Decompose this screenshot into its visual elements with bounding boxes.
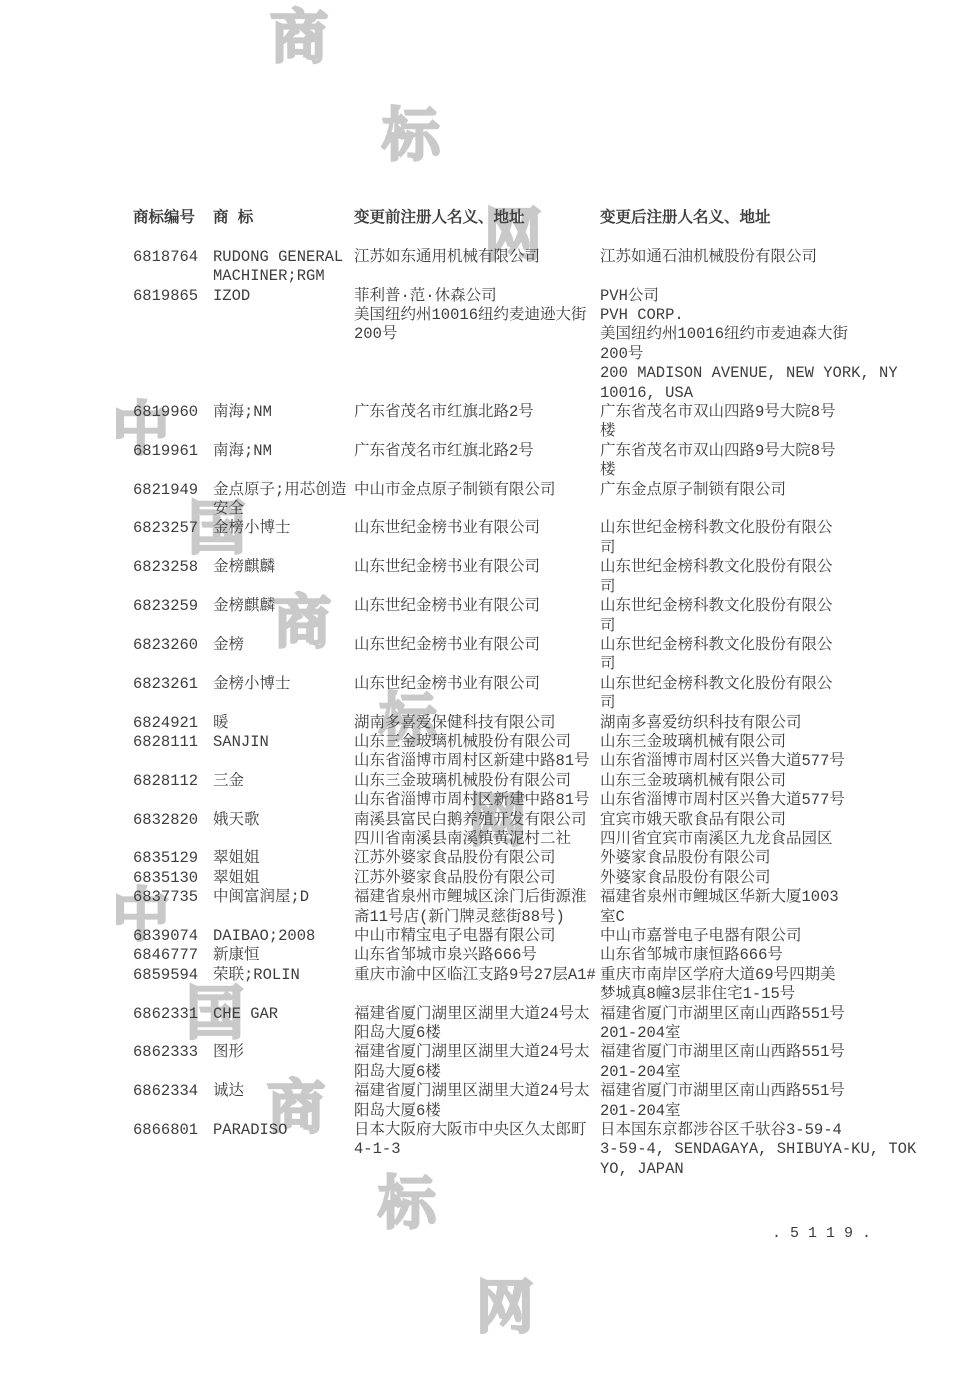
text-line: 广东省茂名市红旗北路2号 — [354, 403, 600, 422]
text-line: DAIBAO;2008 — [213, 927, 354, 946]
text-line: 司 — [600, 694, 933, 713]
trademark-number-cell: 6846777 — [133, 946, 213, 965]
text-line: 重庆市渝中区临江支路9号27层A1# — [354, 966, 600, 985]
trademark-number-cell: 6828112 — [133, 772, 213, 811]
registrant-before-cell: 山东世纪金榜书业有限公司 — [354, 519, 600, 558]
text-line: 山东省淄博市周村区兴鲁大道577号 — [600, 752, 933, 771]
text-line: 201-204室 — [600, 1102, 933, 1121]
text-line: 娥天歌 — [213, 811, 354, 830]
text-line: 金榜麒麟 — [213, 597, 354, 616]
text-line: 山东省淄博市周村区新建中路81号 — [354, 791, 600, 810]
text-line: 4-1-3 — [354, 1140, 600, 1159]
text-line: 6862333 — [133, 1043, 213, 1062]
registrant-after-cell: 山东三金玻璃机械有限公司山东省淄博市周村区兴鲁大道577号 — [600, 772, 933, 811]
text-line: 中山市嘉誉电子电器有限公司 — [600, 927, 933, 946]
trademark-name-cell: IZOD — [213, 287, 354, 403]
trademark-number-cell: 6821949 — [133, 481, 213, 520]
text-line: 福建省厦门市湖里区南山西路551号 — [600, 1082, 933, 1101]
text-line: 10016, USA — [600, 384, 933, 403]
text-line: 菲利普·范·休森公司 — [354, 287, 600, 306]
text-line: 山东省邹城市泉兴路666号 — [354, 946, 600, 965]
text-line: 中闽富润屋;D — [213, 888, 354, 907]
text-line: 山东世纪金榜科教文化股份有限公 — [600, 558, 933, 577]
table-row: 6824921暖湖南多喜爱保健科技有限公司湖南多喜爱纺织科技有限公司 — [133, 714, 933, 733]
text-line: 6823261 — [133, 675, 213, 694]
registrant-after-cell: 山东世纪金榜科教文化股份有限公司 — [600, 636, 933, 675]
table-row: 6819865IZOD菲利普·范·休森公司美国纽约州10016纽约麦迪逊大街20… — [133, 287, 933, 403]
text-line: 四川省宜宾市南溪区九龙食品园区 — [600, 830, 933, 849]
text-line: 山东世纪金榜书业有限公司 — [354, 675, 600, 694]
table-row: 6862333图形福建省厦门湖里区湖里大道24号太阳岛大厦6楼福建省厦门市湖里区… — [133, 1043, 933, 1082]
trademark-name-cell: 金点原子;用芯创造安全 — [213, 481, 354, 520]
trademark-name-cell: 金榜麒麟 — [213, 597, 354, 636]
text-line: 中山市精宝电子电器有限公司 — [354, 927, 600, 946]
trademark-number-cell: 6862333 — [133, 1043, 213, 1082]
registrant-before-cell: 广东省茂名市红旗北路2号 — [354, 403, 600, 442]
registrant-after-cell: 重庆市南岸区学府大道69号四期美梦城真8幢3层非住宅1-15号 — [600, 966, 933, 1005]
text-line: 200号 — [354, 325, 600, 344]
trademark-name-cell: CHE GAR — [213, 1005, 354, 1044]
trademark-name-cell: 翠姐姐 — [213, 869, 354, 888]
table-row: 6828111SANJIN山东三金玻璃机械股份有限公司山东省淄博市周村区新建中路… — [133, 733, 933, 772]
trademark-number-cell: 6818764 — [133, 248, 213, 287]
text-line: CHE GAR — [213, 1005, 354, 1024]
trademark-number-cell: 6839074 — [133, 927, 213, 946]
table-row: 6835129翠姐姐江苏外婆家食品股份有限公司外婆家食品股份有限公司 — [133, 849, 933, 868]
text-line: 山东省淄博市周村区兴鲁大道577号 — [600, 791, 933, 810]
text-line: 南溪县富民白鹅养殖开发有限公司 — [354, 811, 600, 830]
table-row: 6823260金榜山东世纪金榜书业有限公司山东世纪金榜科教文化股份有限公司 — [133, 636, 933, 675]
trademark-name-cell: RUDONG GENERALMACHINER;RGM — [213, 248, 354, 287]
trademark-number-cell: 6819960 — [133, 403, 213, 442]
text-line: 6821949 — [133, 481, 213, 500]
text-line: 山东世纪金榜书业有限公司 — [354, 597, 600, 616]
trademark-number-cell: 6823257 — [133, 519, 213, 558]
trademark-number-cell: 6819961 — [133, 442, 213, 481]
text-line: 翠姐姐 — [213, 849, 354, 868]
table-row: 6835130翠姐姐江苏外婆家食品股份有限公司外婆家食品股份有限公司 — [133, 869, 933, 888]
registrant-before-cell: 山东世纪金榜书业有限公司 — [354, 558, 600, 597]
text-line: 室C — [600, 908, 933, 927]
text-line: 司 — [600, 578, 933, 597]
trademark-number-cell: 6819865 — [133, 287, 213, 403]
registrant-after-cell: 广东省茂名市双山四路9号大院8号楼 — [600, 442, 933, 481]
table-row: 6859594荣联;ROLIN重庆市渝中区临江支路9号27层A1#重庆市南岸区学… — [133, 966, 933, 1005]
text-line: 福建省泉州市鲤城区华新大厦1003 — [600, 888, 933, 907]
text-line: 6862334 — [133, 1082, 213, 1101]
registrant-before-cell: 江苏如东通用机械有限公司 — [354, 248, 600, 287]
registrant-before-cell: 广东省茂名市红旗北路2号 — [354, 442, 600, 481]
registrant-after-cell: 山东三金玻璃机械有限公司山东省淄博市周村区兴鲁大道577号 — [600, 733, 933, 772]
text-line: 安全 — [213, 500, 354, 519]
registrant-after-cell: 广东省茂名市双山四路9号大院8号楼 — [600, 403, 933, 442]
text-line: 阳岛大厦6楼 — [354, 1063, 600, 1082]
text-line: 司 — [600, 539, 933, 558]
text-line: 三金 — [213, 772, 354, 791]
watermark-glyph: 商 — [270, 8, 328, 66]
text-line: 诚达 — [213, 1082, 354, 1101]
text-line: 江苏外婆家食品股份有限公司 — [354, 869, 600, 888]
table-row: 6837735中闽富润屋;D福建省泉州市鲤城区涂门后街源淮斋11号店(新门牌灵慈… — [133, 888, 933, 927]
text-line: 阳岛大厦6楼 — [354, 1024, 600, 1043]
registrant-after-cell: 山东世纪金榜科教文化股份有限公司 — [600, 675, 933, 714]
text-line: PVH公司 — [600, 287, 933, 306]
trademark-number-cell: 6824921 — [133, 714, 213, 733]
text-line: 广东金点原子制锁有限公司 — [600, 481, 933, 500]
trademark-name-cell: 金榜 — [213, 636, 354, 675]
table-row: 6862331CHE GAR福建省厦门湖里区湖里大道24号太阳岛大厦6楼福建省厦… — [133, 1005, 933, 1044]
text-line: 201-204室 — [600, 1063, 933, 1082]
text-line: 山东世纪金榜科教文化股份有限公 — [600, 519, 933, 538]
text-line: 金榜 — [213, 636, 354, 655]
text-line: 6866801 — [133, 1121, 213, 1140]
header-registrant-after: 变更后注册人名义、地址 — [600, 209, 933, 228]
text-line: 6835130 — [133, 869, 213, 888]
text-line: 200号 — [600, 345, 933, 364]
text-line: IZOD — [213, 287, 354, 306]
text-line: 广东省茂名市红旗北路2号 — [354, 442, 600, 461]
trademark-number-cell: 6862331 — [133, 1005, 213, 1044]
trademark-name-cell: 金榜小博士 — [213, 519, 354, 558]
text-line: YO, JAPAN — [600, 1160, 933, 1179]
text-line: 金榜小博士 — [213, 675, 354, 694]
table-row: 6821949金点原子;用芯创造安全中山市金点原子制锁有限公司广东金点原子制锁有… — [133, 481, 933, 520]
text-line: 外婆家食品股份有限公司 — [600, 849, 933, 868]
text-line: 6823260 — [133, 636, 213, 655]
text-line: 楼 — [600, 461, 933, 480]
registrant-after-cell: 宜宾市娥天歌食品有限公司四川省宜宾市南溪区九龙食品园区 — [600, 811, 933, 850]
registrant-after-cell: PVH公司PVH CORP.美国纽约州10016纽约市麦迪森大街200号200 … — [600, 287, 933, 403]
trademark-name-cell: 新康恒 — [213, 946, 354, 965]
header-trademark-name: 商 标 — [213, 209, 354, 228]
text-line: 6837735 — [133, 888, 213, 907]
text-line: 湖南多喜爱纺织科技有限公司 — [600, 714, 933, 733]
table-row: 6818764RUDONG GENERALMACHINER;RGM江苏如东通用机… — [133, 248, 933, 287]
registrant-before-cell: 福建省厦门湖里区湖里大道24号太阳岛大厦6楼 — [354, 1005, 600, 1044]
registrant-before-cell: 山东世纪金榜书业有限公司 — [354, 636, 600, 675]
text-line: 日本大阪府大阪市中央区久太郎町 — [354, 1121, 600, 1140]
text-line: 200 MADISON AVENUE, NEW YORK, NY — [600, 364, 933, 383]
text-line: 荣联;ROLIN — [213, 966, 354, 985]
trademark-name-cell: PARADISO — [213, 1121, 354, 1179]
registrant-after-cell: 福建省厦门市湖里区南山西路551号201-204室 — [600, 1005, 933, 1044]
registrant-before-cell: 山东世纪金榜书业有限公司 — [354, 675, 600, 714]
trademark-number-cell: 6823261 — [133, 675, 213, 714]
registrant-after-cell: 中山市嘉誉电子电器有限公司 — [600, 927, 933, 946]
text-line: MACHINER;RGM — [213, 267, 354, 286]
trademark-name-cell: 暖 — [213, 714, 354, 733]
registrant-before-cell: 江苏外婆家食品股份有限公司 — [354, 849, 600, 868]
text-line: 中山市金点原子制锁有限公司 — [354, 481, 600, 500]
text-line: 6828111 — [133, 733, 213, 752]
registrant-before-cell: 湖南多喜爱保健科技有限公司 — [354, 714, 600, 733]
trademark-number-cell: 6832820 — [133, 811, 213, 850]
table-row: 6823261金榜小博士山东世纪金榜书业有限公司山东世纪金榜科教文化股份有限公司 — [133, 675, 933, 714]
text-line: 斋11号店(新门牌灵慈街88号) — [354, 908, 600, 927]
table-row: 6839074DAIBAO;2008中山市精宝电子电器有限公司中山市嘉誉电子电器… — [133, 927, 933, 946]
trademark-number-cell: 6823259 — [133, 597, 213, 636]
page-number: . 5 1 1 9 . — [772, 1224, 871, 1243]
text-line: 金点原子;用芯创造 — [213, 481, 354, 500]
registrant-after-cell: 湖南多喜爱纺织科技有限公司 — [600, 714, 933, 733]
trademark-name-cell: SANJIN — [213, 733, 354, 772]
table-row: 6823259金榜麒麟山东世纪金榜书业有限公司山东世纪金榜科教文化股份有限公司 — [133, 597, 933, 636]
text-line: 金榜小博士 — [213, 519, 354, 538]
trademark-name-cell: 翠姐姐 — [213, 849, 354, 868]
table-row: 6862334诚达福建省厦门湖里区湖里大道24号太阳岛大厦6楼福建省厦门市湖里区… — [133, 1082, 933, 1121]
text-line: 美国纽约州10016纽约麦迪逊大街 — [354, 306, 600, 325]
table-header-row: 商标编号 商 标 变更前注册人名义、地址 变更后注册人名义、地址 — [133, 209, 933, 228]
text-line: 山东世纪金榜科教文化股份有限公 — [600, 636, 933, 655]
text-line: 楼 — [600, 422, 933, 441]
registrant-before-cell: 福建省厦门湖里区湖里大道24号太阳岛大厦6楼 — [354, 1043, 600, 1082]
text-line: 6823259 — [133, 597, 213, 616]
trademark-number-cell: 6835130 — [133, 869, 213, 888]
trademark-name-cell: 金榜小博士 — [213, 675, 354, 714]
text-line: 6818764 — [133, 248, 213, 267]
table-row: 6823257金榜小博士山东世纪金榜书业有限公司山东世纪金榜科教文化股份有限公司 — [133, 519, 933, 558]
registrant-after-cell: 外婆家食品股份有限公司 — [600, 869, 933, 888]
watermark-glyph: 网 — [476, 1278, 534, 1336]
text-line: 翠姐姐 — [213, 869, 354, 888]
trademark-name-cell: 金榜麒麟 — [213, 558, 354, 597]
text-line: 重庆市南岸区学府大道69号四期美 — [600, 966, 933, 985]
text-line: 江苏如通石油机械股份有限公司 — [600, 248, 933, 267]
registrant-before-cell: 江苏外婆家食品股份有限公司 — [354, 869, 600, 888]
text-line: 图形 — [213, 1043, 354, 1062]
registrant-before-cell: 山东省邹城市泉兴路666号 — [354, 946, 600, 965]
text-line: 江苏外婆家食品股份有限公司 — [354, 849, 600, 868]
text-line: 201-204室 — [600, 1024, 933, 1043]
text-line: 日本国东京都涉谷区千驮谷3-59-4 — [600, 1121, 933, 1140]
text-line: 阳岛大厦6楼 — [354, 1102, 600, 1121]
text-line: 山东三金玻璃机械有限公司 — [600, 733, 933, 752]
trademark-number-cell: 6828111 — [133, 733, 213, 772]
trademark-number-cell: 6859594 — [133, 966, 213, 1005]
registrant-after-cell: 福建省泉州市鲤城区华新大厦1003室C — [600, 888, 933, 927]
trademark-number-cell: 6835129 — [133, 849, 213, 868]
text-line: 山东省淄博市周村区新建中路81号 — [354, 752, 600, 771]
text-line: 6823258 — [133, 558, 213, 577]
text-line: 6828112 — [133, 772, 213, 791]
text-line: 山东三金玻璃机械有限公司 — [600, 772, 933, 791]
text-line: SANJIN — [213, 733, 354, 752]
trademark-number-cell: 6837735 — [133, 888, 213, 927]
trademark-name-cell: 图形 — [213, 1043, 354, 1082]
text-line: 6819961 — [133, 442, 213, 461]
text-line: 山东省邹城市康恒路666号 — [600, 946, 933, 965]
trademark-name-cell: 中闽富润屋;D — [213, 888, 354, 927]
text-line: 6862331 — [133, 1005, 213, 1024]
trademark-name-cell: 三金 — [213, 772, 354, 811]
text-line: 南海;NM — [213, 442, 354, 461]
text-line: 6819865 — [133, 287, 213, 306]
document-page: 商标网中国商标网中国商标网 商标编号 商 标 变更前注册人名义、地址 变更后注册… — [0, 0, 980, 1400]
text-line: 6823257 — [133, 519, 213, 538]
watermark-glyph: 标 — [382, 106, 440, 164]
registrant-after-cell: 山东世纪金榜科教文化股份有限公司 — [600, 519, 933, 558]
text-line: 暖 — [213, 714, 354, 733]
text-line: 3-59-4, SENDAGAYA, SHIBUYA-KU, TOK — [600, 1140, 933, 1159]
text-line: 湖南多喜爱保健科技有限公司 — [354, 714, 600, 733]
text-line: 新康恒 — [213, 946, 354, 965]
header-trademark-number: 商标编号 — [133, 209, 213, 228]
text-line: RUDONG GENERAL — [213, 248, 354, 267]
table-row: 6846777新康恒山东省邹城市泉兴路666号山东省邹城市康恒路666号 — [133, 946, 933, 965]
text-line: 福建省厦门市湖里区南山西路551号 — [600, 1043, 933, 1062]
text-line: 6846777 — [133, 946, 213, 965]
text-line: 山东世纪金榜书业有限公司 — [354, 519, 600, 538]
text-line: 山东世纪金榜书业有限公司 — [354, 558, 600, 577]
text-line: 福建省厦门市湖里区南山西路551号 — [600, 1005, 933, 1024]
text-line: 福建省厦门湖里区湖里大道24号太 — [354, 1043, 600, 1062]
text-line: 四川省南溪县南溪镇黄泥村二社 — [354, 830, 600, 849]
text-line: 江苏如东通用机械有限公司 — [354, 248, 600, 267]
header-spacer — [133, 228, 933, 247]
trademark-name-cell: 荣联;ROLIN — [213, 966, 354, 1005]
registrant-after-cell: 外婆家食品股份有限公司 — [600, 849, 933, 868]
text-line: 美国纽约州10016纽约市麦迪森大街 — [600, 325, 933, 344]
table-row: 6866801PARADISO日本大阪府大阪市中央区久太郎町4-1-3日本国东京… — [133, 1121, 933, 1179]
text-line: 6824921 — [133, 714, 213, 733]
text-line: PVH CORP. — [600, 306, 933, 325]
registrant-after-cell: 日本国东京都涉谷区千驮谷3-59-43-59-4, SENDAGAYA, SHI… — [600, 1121, 933, 1179]
registrant-after-cell: 山东世纪金榜科教文化股份有限公司 — [600, 597, 933, 636]
text-line: 6819960 — [133, 403, 213, 422]
text-line: 6832820 — [133, 811, 213, 830]
trademark-name-cell: 南海;NM — [213, 403, 354, 442]
registrant-before-cell: 菲利普·范·休森公司美国纽约州10016纽约麦迪逊大街200号 — [354, 287, 600, 403]
header-registrant-before: 变更前注册人名义、地址 — [354, 209, 600, 228]
table-row: 6823258金榜麒麟山东世纪金榜书业有限公司山东世纪金榜科教文化股份有限公司 — [133, 558, 933, 597]
text-line: 外婆家食品股份有限公司 — [600, 869, 933, 888]
table-row: 6819960南海;NM广东省茂名市红旗北路2号广东省茂名市双山四路9号大院8号… — [133, 403, 933, 442]
text-line: 6859594 — [133, 966, 213, 985]
trademark-name-cell: DAIBAO;2008 — [213, 927, 354, 946]
text-line: 山东三金玻璃机械股份有限公司 — [354, 733, 600, 752]
registrant-after-cell: 山东世纪金榜科教文化股份有限公司 — [600, 558, 933, 597]
registrant-before-cell: 南溪县富民白鹅养殖开发有限公司四川省南溪县南溪镇黄泥村二社 — [354, 811, 600, 850]
text-line: 南海;NM — [213, 403, 354, 422]
text-line: 福建省厦门湖里区湖里大道24号太 — [354, 1005, 600, 1024]
text-line: 山东三金玻璃机械股份有限公司 — [354, 772, 600, 791]
registrant-after-cell: 广东金点原子制锁有限公司 — [600, 481, 933, 520]
registrant-before-cell: 福建省厦门湖里区湖里大道24号太阳岛大厦6楼 — [354, 1082, 600, 1121]
table-row: 6832820娥天歌南溪县富民白鹅养殖开发有限公司四川省南溪县南溪镇黄泥村二社宜… — [133, 811, 933, 850]
registrant-before-cell: 山东三金玻璃机械股份有限公司山东省淄博市周村区新建中路81号 — [354, 772, 600, 811]
text-line: PARADISO — [213, 1121, 354, 1140]
registrant-after-cell: 江苏如通石油机械股份有限公司 — [600, 248, 933, 287]
text-line: 司 — [600, 617, 933, 636]
text-line: 6835129 — [133, 849, 213, 868]
registrant-before-cell: 重庆市渝中区临江支路9号27层A1# — [354, 966, 600, 1005]
text-line: 司 — [600, 655, 933, 674]
registrant-after-cell: 福建省厦门市湖里区南山西路551号201-204室 — [600, 1082, 933, 1121]
registrant-before-cell: 山东世纪金榜书业有限公司 — [354, 597, 600, 636]
text-line: 福建省厦门湖里区湖里大道24号太 — [354, 1082, 600, 1101]
registrant-after-cell: 福建省厦门市湖里区南山西路551号201-204室 — [600, 1043, 933, 1082]
watermark-glyph: 标 — [378, 1174, 436, 1232]
text-line: 广东省茂名市双山四路9号大院8号 — [600, 403, 933, 422]
trademark-change-table: 商标编号 商 标 变更前注册人名义、地址 变更后注册人名义、地址 6818764… — [133, 209, 933, 1179]
registrant-before-cell: 中山市金点原子制锁有限公司 — [354, 481, 600, 520]
registrant-before-cell: 福建省泉州市鲤城区涂门后街源淮斋11号店(新门牌灵慈街88号) — [354, 888, 600, 927]
trademark-name-cell: 娥天歌 — [213, 811, 354, 850]
text-line: 福建省泉州市鲤城区涂门后街源淮 — [354, 888, 600, 907]
text-line: 6839074 — [133, 927, 213, 946]
trademark-name-cell: 南海;NM — [213, 442, 354, 481]
text-line: 广东省茂名市双山四路9号大院8号 — [600, 442, 933, 461]
registrant-before-cell: 中山市精宝电子电器有限公司 — [354, 927, 600, 946]
table-row: 6819961南海;NM广东省茂名市红旗北路2号广东省茂名市双山四路9号大院8号… — [133, 442, 933, 481]
text-line: 山东世纪金榜书业有限公司 — [354, 636, 600, 655]
trademark-number-cell: 6862334 — [133, 1082, 213, 1121]
text-line: 宜宾市娥天歌食品有限公司 — [600, 811, 933, 830]
registrant-after-cell: 山东省邹城市康恒路666号 — [600, 946, 933, 965]
trademark-number-cell: 6866801 — [133, 1121, 213, 1179]
table-body: 6818764RUDONG GENERALMACHINER;RGM江苏如东通用机… — [133, 248, 933, 1180]
registrant-before-cell: 日本大阪府大阪市中央区久太郎町4-1-3 — [354, 1121, 600, 1179]
registrant-before-cell: 山东三金玻璃机械股份有限公司山东省淄博市周村区新建中路81号 — [354, 733, 600, 772]
text-line: 山东世纪金榜科教文化股份有限公 — [600, 597, 933, 616]
trademark-number-cell: 6823260 — [133, 636, 213, 675]
table-row: 6828112三金山东三金玻璃机械股份有限公司山东省淄博市周村区新建中路81号山… — [133, 772, 933, 811]
text-line: 山东世纪金榜科教文化股份有限公 — [600, 675, 933, 694]
trademark-name-cell: 诚达 — [213, 1082, 354, 1121]
trademark-number-cell: 6823258 — [133, 558, 213, 597]
text-line: 金榜麒麟 — [213, 558, 354, 577]
text-line: 梦城真8幢3层非住宅1-15号 — [600, 985, 933, 1004]
